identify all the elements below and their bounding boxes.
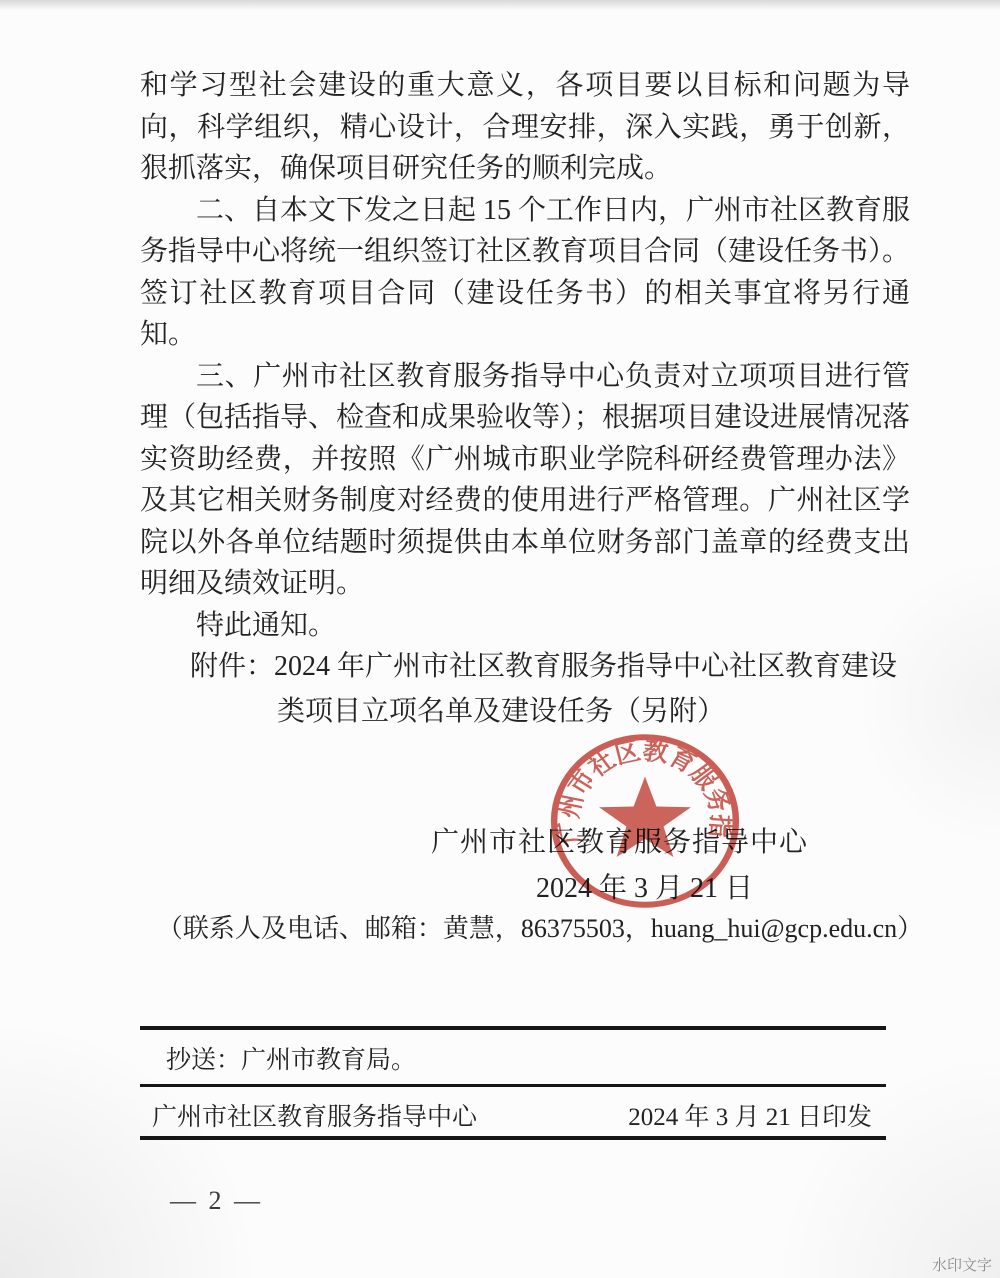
- paragraph-item-2: 二、自本文下发之日起 15 个工作日内，广州市社区教育服务指导中心将统一组织签订…: [140, 190, 910, 356]
- print-date: 2024 年 3 月 21 日印发: [628, 1097, 872, 1133]
- footer-divider-bottom: [140, 1136, 886, 1140]
- contact-line: （联系人及电话、邮箱：黄慧，86375503，huang_hui@gcp.edu…: [150, 908, 930, 945]
- page-number: — 2 —: [170, 1186, 263, 1216]
- document-page: 和学习型社会建设的重大意义，各项目要以目标和问题为导向，科学组织，精心设计，合理…: [0, 0, 1000, 1278]
- paragraph-item-3: 三、广州市社区教育服务指导中心负责对立项项目进行管理（包括指导、检查和成果验收等…: [140, 356, 910, 605]
- seal-star: [599, 777, 691, 857]
- attachment-note: 附件：2024 年广州市社区教育服务指导中心社区教育建设类项目立项名单及建设任务…: [140, 644, 918, 734]
- paragraph-continuation: 和学习型社会建设的重大意义，各项目要以目标和问题为导向，科学组织，精心设计，合理…: [140, 65, 910, 190]
- document-body: 和学习型社会建设的重大意义，各项目要以目标和问题为导向，科学组织，精心设计，合理…: [140, 65, 910, 646]
- footer-issuer-row: 广州市社区教育服务指导中心 2024 年 3 月 21 日印发: [140, 1097, 886, 1133]
- paragraph-closing: 特此通知。: [140, 605, 910, 647]
- footer-divider-top: [140, 1026, 886, 1030]
- official-seal: 广州市社区教育服务指导中心: [543, 727, 747, 915]
- issuer-name: 广州市社区教育服务指导中心: [152, 1097, 477, 1133]
- cc-line: 抄送：广州市教育局。: [166, 1040, 416, 1076]
- watermark-text: 水印文字: [932, 1254, 992, 1275]
- footer-divider-middle: [140, 1084, 886, 1087]
